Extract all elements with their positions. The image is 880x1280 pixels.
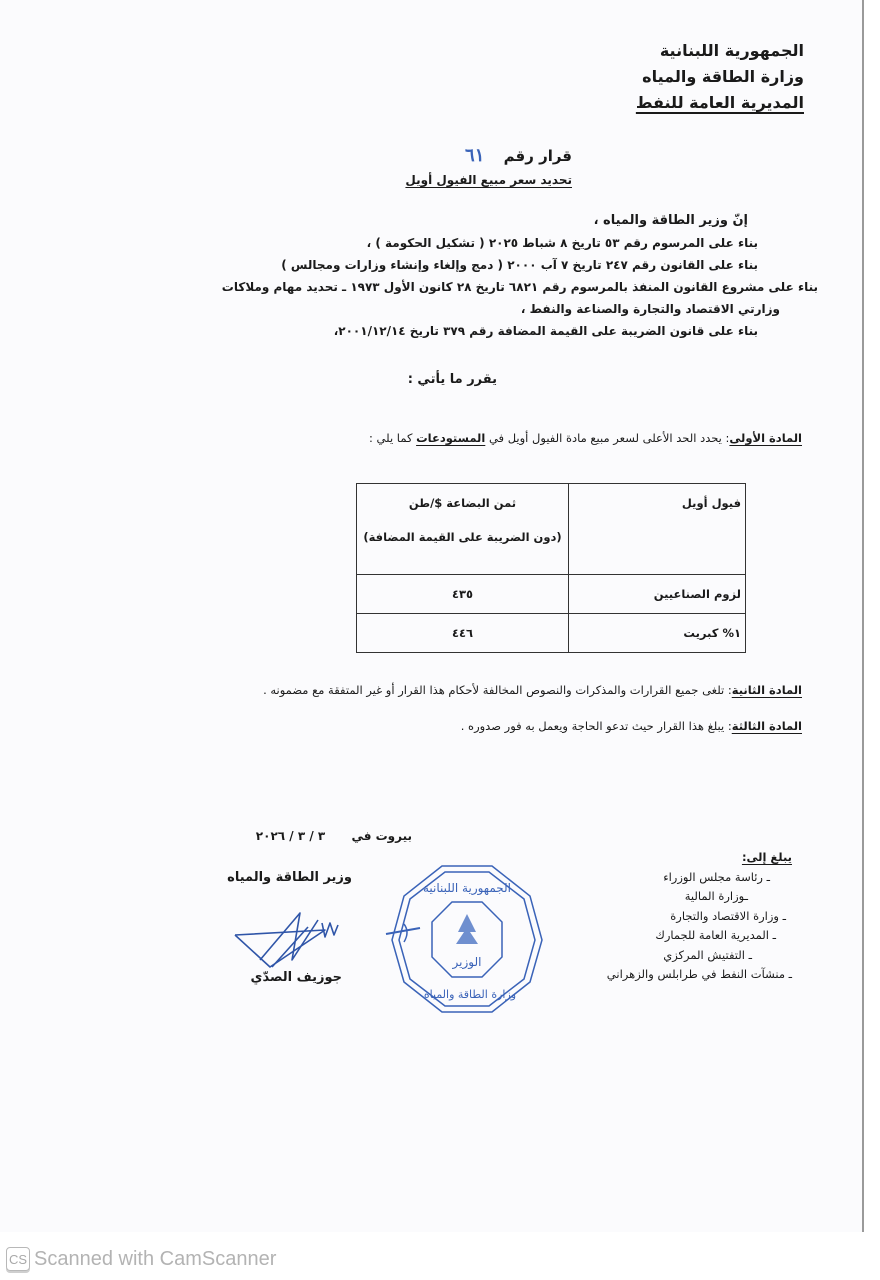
letterhead: الجمهورية اللبنانية وزارة الطاقة والمياه… — [544, 38, 804, 116]
decides-heading: يقرر ما يأتي : — [408, 372, 497, 387]
header-price-label: ثمن البضاعة $/طن — [409, 496, 516, 510]
preamble: إنّ وزير الطاقة والمياه ، بناء على المرس… — [198, 210, 758, 342]
letterhead-directorate: المديرية العامة للنفط — [544, 90, 804, 116]
row-product: لزوم الصناعيين — [569, 575, 746, 614]
article-first-text: : يحدد الحد الأعلى لسعر مبيع مادة الفيول… — [485, 431, 729, 445]
distribution-item: ـ رئاسة مجلس الوزراء — [572, 868, 792, 888]
minister-title: وزير الطاقة والمياه — [227, 870, 352, 885]
camscanner-logo-icon: CS — [6, 1247, 30, 1271]
minister-name: جوزيف الصدّي — [251, 970, 342, 985]
distribution-item: ـوزارة المالية — [572, 887, 792, 907]
header-price-note: (دون الضريبة على القيمة المضافة) — [361, 530, 564, 544]
article-third-text: : يبلغ هذا القرار حيث تدعو الحاجة ويعمل … — [461, 719, 732, 733]
signature-icon — [230, 905, 360, 975]
preamble-line: بناء على المرسوم رقم ٥٣ تاريخ ٨ شباط ٢٠٢… — [198, 232, 758, 254]
row-product: ١% كبريت — [569, 614, 746, 653]
camscanner-text: Scanned with CamScanner — [34, 1248, 276, 1271]
preamble-line: بناء على قانون الضريبة على القيمة المضاف… — [198, 320, 758, 342]
decision-title: قرار رقم ٦١ — [465, 145, 572, 166]
stamp-center-text: الوزير — [452, 955, 482, 970]
letterhead-republic: الجمهورية اللبنانية — [544, 38, 804, 64]
decision-title-label: قرار رقم — [504, 147, 572, 165]
preamble-line: بناء على القانون رقم ٢٤٧ تاريخ ٧ آب ٢٠٠٠… — [198, 254, 758, 276]
article-third-label: المادة الثالثة — [732, 719, 802, 733]
distribution-list: يبلغ إلى: ـ رئاسة مجلس الوزراء ـوزارة ال… — [572, 848, 792, 985]
distribution-item: ـ المديرية العامة للجمارك — [572, 926, 792, 946]
decision-number: ٦١ — [465, 145, 484, 166]
table-row: ١% كبريت ٤٤٦ — [357, 614, 746, 653]
article-first-label: المادة الأولى — [729, 431, 802, 445]
price-table-header: فيول أويل ثمن البضاعة $/طن (دون الضريبة … — [357, 484, 746, 575]
letterhead-ministry: وزارة الطاقة والمياه — [544, 64, 804, 90]
preamble-line: وزارتي الاقتصاد والتجارة والصناعة والنفط… — [198, 298, 818, 320]
header-product: فيول أويل — [569, 484, 746, 575]
row-price: ٤٤٦ — [357, 614, 569, 653]
preamble-intro: إنّ وزير الطاقة والمياه ، — [198, 210, 758, 232]
scanned-document-page: الجمهورية اللبنانية وزارة الطاقة والمياه… — [0, 0, 864, 1232]
article-second-label: المادة الثانية — [732, 683, 802, 697]
article-second: المادة الثانية: تلغى جميع القرارات والمذ… — [263, 680, 802, 700]
distribution-item: ـ التفتيش المركزي — [572, 946, 792, 966]
article-third: المادة الثالثة: يبلغ هذا القرار حيث تدعو… — [461, 716, 802, 736]
distribution-item: ـ وزارة الاقتصاد والتجارة — [572, 907, 792, 927]
distribution-item: ـ منشآت النفط في طرابلس والزهراني — [572, 965, 792, 985]
place-date: بيروت في ٣ / ٣ / ٢٠٢٦ — [256, 829, 412, 843]
article-first: المادة الأولى: يحدد الحد الأعلى لسعر مبي… — [369, 428, 802, 448]
article-first-text-end: كما يلي : — [369, 431, 416, 445]
article-first-emphasis: المستودعات — [416, 431, 485, 445]
stamp-bottom-text: وزارة الطاقة والمياه — [424, 988, 516, 1001]
ministry-stamp-icon: الجمهورية اللبنانية الوزير وزارة الطاقة … — [380, 862, 550, 1017]
distribution-title: يبلغ إلى: — [572, 848, 792, 868]
preamble-line: بناء على مشروع القانون المنفذ بالمرسوم ر… — [198, 276, 818, 298]
camscanner-watermark: CS Scanned with CamScanner — [6, 1246, 276, 1272]
place-date-label: بيروت في — [351, 829, 412, 843]
article-second-text: : تلغى جميع القرارات والمذكرات والنصوص ا… — [263, 683, 732, 697]
header-price: ثمن البضاعة $/طن (دون الضريبة على القيمة… — [357, 484, 569, 575]
price-table: فيول أويل ثمن البضاعة $/طن (دون الضريبة … — [356, 483, 746, 653]
table-row: لزوم الصناعيين ٤٣٥ — [357, 575, 746, 614]
date-value: ٣ / ٣ / ٢٠٢٦ — [256, 829, 325, 843]
decision-subject: تحديد سعر مبيع الفيول أويل — [405, 173, 572, 187]
row-price: ٤٣٥ — [357, 575, 569, 614]
stamp-top-text: الجمهورية اللبنانية — [423, 881, 511, 896]
